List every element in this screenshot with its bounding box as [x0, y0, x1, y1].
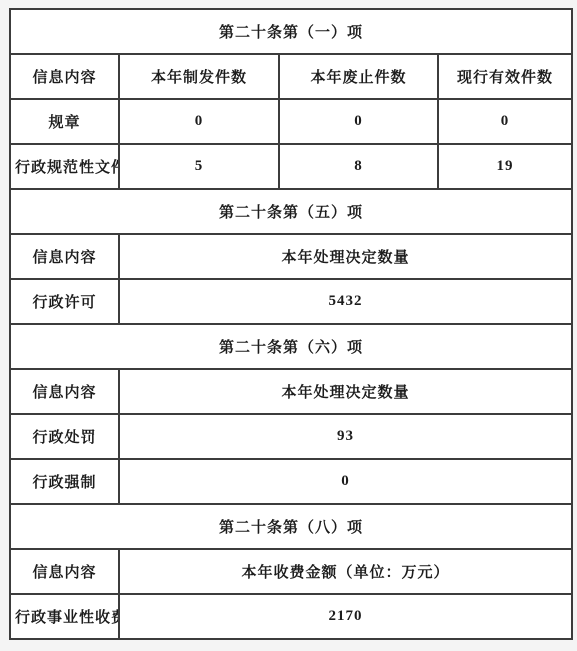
row-label: 行政事业性收费 — [10, 594, 119, 639]
cell-value: 0 — [119, 99, 279, 144]
section-3-header-label: 信息内容 — [10, 369, 119, 414]
section-3-data-row-administrative-coercion: 行政强制 0 — [10, 459, 572, 504]
cell-value: 5432 — [119, 279, 572, 324]
row-label: 规章 — [10, 99, 119, 144]
row-label: 行政处罚 — [10, 414, 119, 459]
section-3-data-row-administrative-penalty: 行政处罚 93 — [10, 414, 572, 459]
section-4-header-col-1: 本年收费金额（单位：万元） — [119, 549, 572, 594]
cell-value: 0 — [119, 459, 572, 504]
cell-value: 8 — [279, 144, 438, 189]
row-label: 行政许可 — [10, 279, 119, 324]
row-label: 行政规范性文件 — [10, 144, 119, 189]
section-1-header-col-1: 本年制发件数 — [119, 54, 279, 99]
cell-value: 2170 — [119, 594, 572, 639]
section-1-data-row-regulations: 规章 0 0 0 — [10, 99, 572, 144]
section-1-title-row: 第二十条第（一）项 — [10, 9, 572, 54]
report-table-container: 第二十条第（一）项 信息内容 本年制发件数 本年废止件数 现行有效件数 规章 0… — [0, 0, 577, 648]
section-1-data-row-normative-documents: 行政规范性文件 5 8 19 — [10, 144, 572, 189]
section-1-header-col-3: 现行有效件数 — [438, 54, 572, 99]
cell-value: 93 — [119, 414, 572, 459]
section-3-title-row: 第二十条第（六）项 — [10, 324, 572, 369]
section-1-header-label: 信息内容 — [10, 54, 119, 99]
disclosure-report-table: 第二十条第（一）项 信息内容 本年制发件数 本年废止件数 现行有效件数 规章 0… — [9, 8, 573, 640]
cell-value: 19 — [438, 144, 572, 189]
section-1-header-row: 信息内容 本年制发件数 本年废止件数 现行有效件数 — [10, 54, 572, 99]
section-4-header-row: 信息内容 本年收费金额（单位：万元） — [10, 549, 572, 594]
section-2-header-col-1: 本年处理决定数量 — [119, 234, 572, 279]
cell-value: 5 — [119, 144, 279, 189]
section-3-title: 第二十条第（六）项 — [10, 324, 572, 369]
section-2-header-row: 信息内容 本年处理决定数量 — [10, 234, 572, 279]
section-1-header-col-2: 本年废止件数 — [279, 54, 438, 99]
section-4-title: 第二十条第（八）项 — [10, 504, 572, 549]
section-4-title-row: 第二十条第（八）项 — [10, 504, 572, 549]
section-1-title: 第二十条第（一）项 — [10, 9, 572, 54]
section-2-title-row: 第二十条第（五）项 — [10, 189, 572, 234]
section-3-header-row: 信息内容 本年处理决定数量 — [10, 369, 572, 414]
section-2-data-row-administrative-licensing: 行政许可 5432 — [10, 279, 572, 324]
section-4-data-row-administrative-fees: 行政事业性收费 2170 — [10, 594, 572, 639]
section-2-title: 第二十条第（五）项 — [10, 189, 572, 234]
section-4-header-label: 信息内容 — [10, 549, 119, 594]
cell-value: 0 — [438, 99, 572, 144]
cell-value: 0 — [279, 99, 438, 144]
row-label: 行政强制 — [10, 459, 119, 504]
section-3-header-col-1: 本年处理决定数量 — [119, 369, 572, 414]
section-2-header-label: 信息内容 — [10, 234, 119, 279]
